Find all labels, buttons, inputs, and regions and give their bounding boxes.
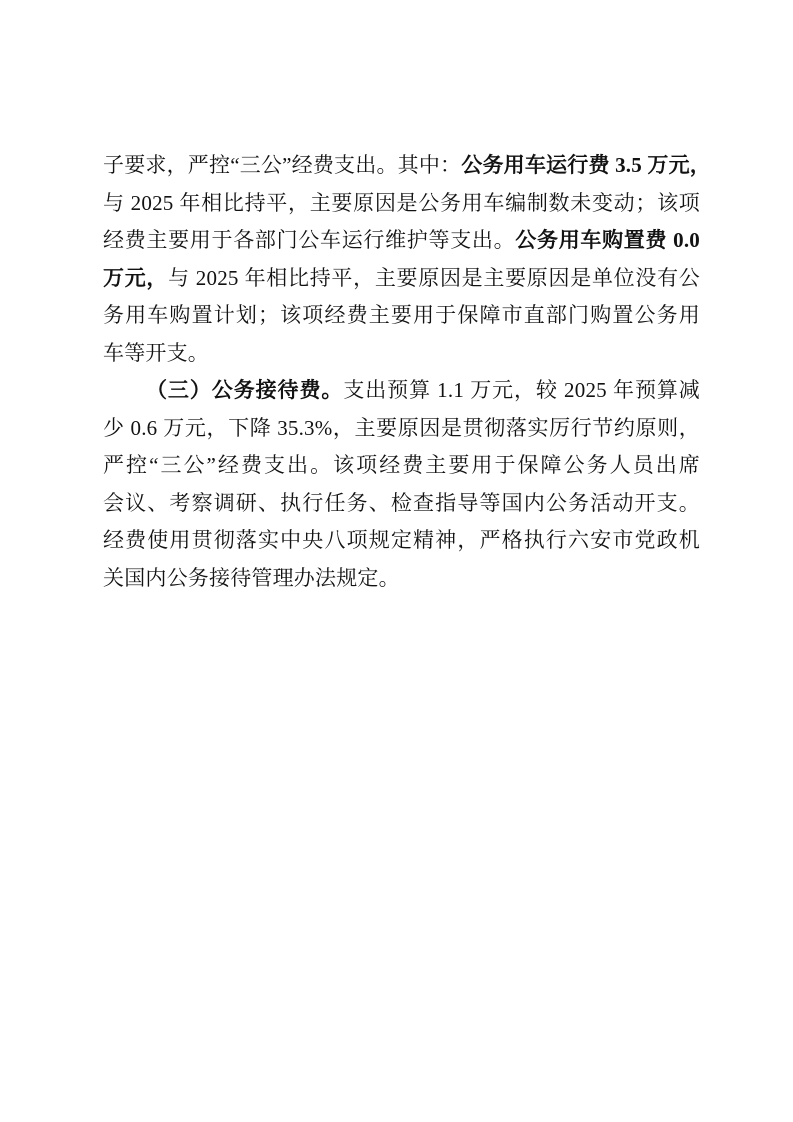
document-body: 子要求，严控“三公”经费支出。其中：公务用车运行费 3.5 万元， 与 2025… [103, 147, 700, 597]
text-line: 会议、考察调研、执行任务、检查指导等国内公务活动开支。 [103, 485, 700, 523]
text-run: 与 2025 年相比持平，主要原因是主要原因是单位没有公 [168, 266, 700, 290]
text-run: 务用车购置计划；该项经费主要用于保障市直部门购置公务用 [103, 303, 700, 327]
text-run-bold: 公务用车运行费 3.5 万元， [461, 153, 711, 177]
text-run: 会议、考察调研、执行任务、检查指导等国内公务活动开支。 [103, 491, 700, 515]
text-line: 与 2025 年相比持平，主要原因是公务用车编制数未变动；该项 [103, 185, 700, 223]
text-line: 车等开支。 [103, 335, 700, 373]
document-page: 子要求，严控“三公”经费支出。其中：公务用车运行费 3.5 万元， 与 2025… [0, 0, 793, 1122]
text-run: 车等开支。 [103, 341, 209, 365]
text-run: 支出预算 1.1 万元，较 2025 年预算减 [343, 378, 700, 402]
text-run: 子要求，严控“三公”经费支出。其中： [103, 153, 461, 177]
text-run-bold: 公务用车购置费 0.0 [515, 228, 700, 252]
text-line: 万元，与 2025 年相比持平，主要原因是主要原因是单位没有公 [103, 260, 700, 298]
text-run: 少 0.6 万元，下降 35.3%，主要原因是贯彻落实厉行节约原则， [103, 416, 700, 440]
text-line: 严控“三公”经费支出。该项经费主要用于保障公务人员出席 [103, 447, 700, 485]
paragraph-vehicle-expenses: 子要求，严控“三公”经费支出。其中：公务用车运行费 3.5 万元， 与 2025… [103, 147, 700, 372]
text-run: 经费主要用于各部门公车运行维护等支出。 [103, 228, 515, 252]
text-line: 务用车购置计划；该项经费主要用于保障市直部门购置公务用 [103, 297, 700, 335]
text-line: 关国内公务接待管理办法规定。 [103, 560, 700, 598]
text-line: 经费主要用于各部门公车运行维护等支出。公务用车购置费 0.0 [103, 222, 700, 260]
text-line: （三）公务接待费。支出预算 1.1 万元，较 2025 年预算减 [103, 372, 700, 410]
text-run-bold: （三）公务接待费。 [146, 378, 343, 402]
text-run: 关国内公务接待管理办法规定。 [103, 566, 400, 590]
text-line: 少 0.6 万元，下降 35.3%，主要原因是贯彻落实厉行节约原则， [103, 410, 700, 448]
text-line: 子要求，严控“三公”经费支出。其中：公务用车运行费 3.5 万元， [103, 147, 700, 185]
text-run: 严控“三公”经费支出。该项经费主要用于保障公务人员出席 [103, 453, 700, 477]
text-line: 经费使用贯彻落实中央八项规定精神，严格执行六安市党政机 [103, 522, 700, 560]
text-run: 与 2025 年相比持平，主要原因是公务用车编制数未变动；该项 [103, 191, 700, 215]
text-run: 经费使用贯彻落实中央八项规定精神，严格执行六安市党政机 [103, 528, 700, 552]
text-run-bold: 万元， [103, 266, 168, 290]
paragraph-official-reception: （三）公务接待费。支出预算 1.1 万元，较 2025 年预算减 少 0.6 万… [103, 372, 700, 597]
